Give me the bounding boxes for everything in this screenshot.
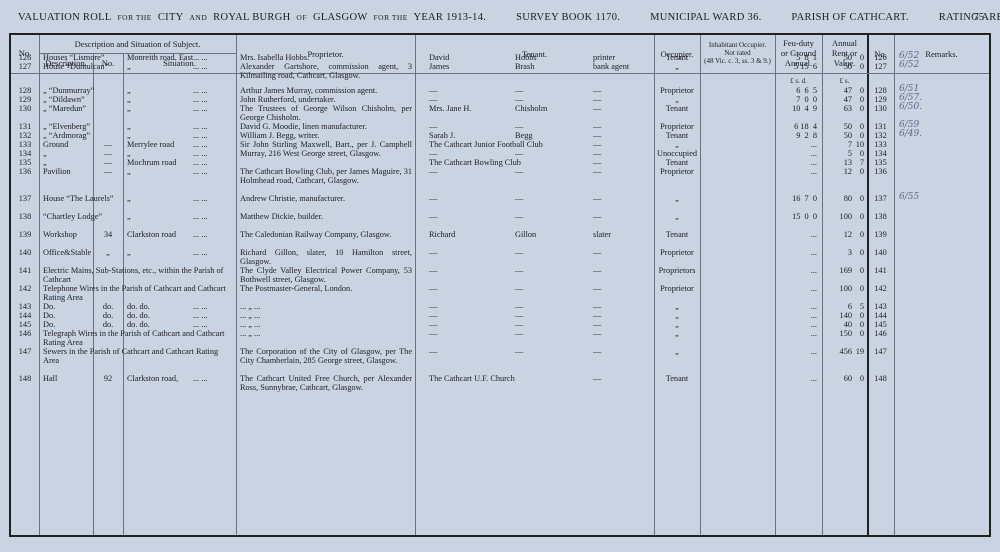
row-occupier: „ (654, 347, 700, 356)
row-tenant-occupation: — (593, 266, 601, 275)
row-number: 143 (11, 302, 39, 311)
row-description: „ “Maredun” (43, 104, 133, 113)
leader-dots: ... ... (193, 62, 208, 71)
header-feu-line: Feu-duty (775, 38, 822, 48)
row-rent-pounds: 47 (822, 86, 852, 95)
row-tenant-last: — (515, 284, 523, 293)
page-header: VALUATION ROLL FOR THE CITY AND ROYAL BU… (18, 12, 988, 23)
row-occupier: Tenant (654, 53, 700, 62)
row-situation: „ (127, 122, 187, 131)
row-rent-shillings: 5 (852, 302, 864, 311)
row-proprietor: John Rutherford, undertaker. (240, 95, 412, 104)
leader-dots: ... ... (193, 131, 208, 140)
column-divider (894, 35, 895, 535)
leader-dots: ... ... (193, 140, 208, 149)
row-occupier: Tenant (654, 230, 700, 239)
row-number-right: 146 (867, 329, 894, 338)
leader-dots: ... ... (193, 311, 208, 320)
row-feu-duty: ... (775, 230, 817, 239)
row-occupier: Tenant (654, 131, 700, 140)
row-number: 142 (11, 284, 39, 293)
row-rent-shillings: 0 (852, 131, 864, 140)
row-tenant-last: — (515, 167, 523, 176)
row-tenant-occupation: — (593, 248, 601, 257)
leader-dots: ... ... (193, 302, 208, 311)
row-tenant-first: — (429, 284, 437, 293)
row-occupier: „ (654, 62, 700, 71)
row-rent-pounds: 150 (822, 329, 852, 338)
row-desc-no: — (93, 158, 123, 167)
row-description: Houses “Lismore” (43, 53, 133, 62)
row-occupier: Proprietor (654, 248, 700, 257)
row-number-right: 143 (867, 302, 894, 311)
row-description: House “Duntulcan” (43, 62, 133, 71)
row-number: 128 (11, 86, 39, 95)
row-rent-pounds: 100 (822, 212, 852, 221)
leader-dots: ... ... (193, 104, 208, 113)
row-tenant-first: — (429, 320, 437, 329)
row-situation: „ (127, 62, 187, 71)
row-feu-duty: ... (775, 329, 817, 338)
row-proprietor: Andrew Christie, manufacturer. (240, 194, 412, 203)
row-rent-pounds: 63 (822, 104, 852, 113)
row-tenant-last: Chisholm (515, 104, 547, 113)
row-proprietor: Arthur James Murray, commission agent. (240, 86, 412, 95)
row-occupier: „ (654, 302, 700, 311)
row-number: 133 (11, 140, 39, 149)
row-situation: „ (127, 248, 187, 257)
row-situation: „ (127, 95, 187, 104)
row-remark-handwritten: 6/55 (899, 193, 919, 202)
row-tenant-occupation: — (593, 311, 601, 320)
row-feu-duty: ... (775, 347, 817, 356)
row-remark-handwritten: 6/49. (899, 130, 922, 139)
row-rent-shillings: 0 (852, 320, 864, 329)
row-rent-pounds: 140 (822, 311, 852, 320)
municipal-ward: MUNICIPAL WARD 36. (650, 12, 761, 23)
row-occupier: Proprietor (654, 86, 700, 95)
row-tenant-last: — (515, 194, 523, 203)
row-remark-handwritten: 6/52 (899, 61, 919, 70)
row-tenant-first: — (429, 86, 437, 95)
row-number-right: 135 (867, 158, 894, 167)
row-feu-duty: 5 8 1 (775, 53, 817, 62)
row-proprietor: The Cathcart United Free Church, per Ale… (240, 374, 412, 392)
row-proprietor: ... „ ... (240, 302, 412, 311)
row-tenant-first: — (429, 122, 437, 131)
header-inhabitant-occupier: Inhabitant Occupier. Not rated (48 Vic. … (700, 41, 775, 65)
row-feu-duty: ... (775, 320, 817, 329)
row-tenant-first: James (429, 62, 449, 71)
row-description: „ “Elvenberg” (43, 122, 133, 131)
leader-dots: ... ... (193, 122, 208, 131)
row-tenant-occupation: bank agent (593, 62, 629, 71)
row-remark-handwritten: 6/50. (899, 103, 922, 112)
row-tenant-occupation: — (593, 131, 601, 140)
column-divider (415, 35, 416, 535)
row-tenant-last: — (515, 347, 523, 356)
row-tenant-first: The Cathcart Bowling Club (429, 158, 521, 167)
row-feu-duty: ... (775, 302, 817, 311)
row-situation: Monreith road, East (127, 53, 187, 62)
row-number-right: 127 (867, 62, 894, 71)
row-feu-duty: ... (775, 374, 817, 383)
row-proprietor: David G. Moodie, linen manufacturer. (240, 122, 412, 131)
row-tenant-last: — (515, 95, 523, 104)
row-rent-pounds: 456 (822, 347, 852, 356)
row-rent-shillings: 19 (852, 347, 864, 356)
leader-dots: ... ... (193, 194, 208, 203)
title-connector: OF (296, 13, 307, 22)
row-rent-shillings: 0 (852, 230, 864, 239)
row-number: 145 (11, 320, 39, 329)
row-situation: „ (127, 149, 187, 158)
row-rent-pounds: 50 (822, 53, 852, 62)
row-rent-pounds: 50 (822, 131, 852, 140)
row-number-right: 133 (867, 140, 894, 149)
leader-dots: ... ... (193, 320, 208, 329)
row-number: 137 (11, 194, 39, 203)
row-proprietor: Sir John Stirling Maxwell, Bart., per J.… (240, 140, 412, 158)
row-tenant-last: — (515, 86, 523, 95)
row-description: „ “Dildawn” (43, 95, 133, 104)
row-tenant-occupation: — (593, 140, 601, 149)
row-tenant-first: — (429, 266, 437, 275)
row-rent-pounds: 47 (822, 95, 852, 104)
row-rent-pounds: 12 (822, 167, 852, 176)
row-proprietor: The Postmaster-General, London. (240, 284, 412, 293)
row-rent-shillings: 0 (852, 167, 864, 176)
row-occupier: „ (654, 329, 700, 338)
row-description: „ “Dunmurray” (43, 86, 133, 95)
row-tenant-first: The Cathcart Junior Football Club (429, 140, 543, 149)
row-feu-duty: 6 6 5 (775, 86, 817, 95)
row-tenant-occupation: — (593, 167, 601, 176)
row-number-right: 129 (867, 95, 894, 104)
row-rent-pounds: 3 (822, 248, 852, 257)
row-description: Sewers in the Parish of Cathcart and Cat… (43, 347, 233, 365)
row-number-right: 138 (867, 212, 894, 221)
row-number: 127 (11, 62, 39, 71)
row-tenant-first: Mrs. Jane H. (429, 104, 471, 113)
row-feu-duty: 5 15 6 (775, 62, 817, 71)
row-number: 140 (11, 248, 39, 257)
row-rent-pounds: 169 (822, 266, 852, 275)
row-feu-duty: 16 7 0 (775, 194, 817, 203)
row-rent-shillings: 10 (852, 140, 864, 149)
title-glasgow: GLASGOW (313, 12, 368, 23)
row-desc-no: 92 (93, 374, 123, 383)
row-occupier: „ (654, 140, 700, 149)
row-feu-duty: ... (775, 248, 817, 257)
row-tenant-occupation: — (593, 320, 601, 329)
row-proprietor: Richard Gillon, slater, 10 Hamilton stre… (240, 248, 412, 266)
leader-dots: ... ... (193, 53, 208, 62)
page-number: 75 (974, 12, 985, 23)
row-tenant-first: The Cathcart U.F. Church (429, 374, 515, 383)
row-occupier: Tenant (654, 104, 700, 113)
row-proprietor: Mrs. Isabella Hobbs. (240, 53, 412, 62)
row-number-right: 144 (867, 311, 894, 320)
rent-units: £ s. (822, 77, 867, 86)
row-number: 129 (11, 95, 39, 104)
row-tenant-occupation: — (593, 86, 601, 95)
row-tenant-last: — (515, 212, 523, 221)
row-desc-no: — (93, 140, 123, 149)
row-occupier: „ (654, 95, 700, 104)
row-number-right: 128 (867, 86, 894, 95)
row-number-right: 141 (867, 266, 894, 275)
row-rent-pounds: 80 (822, 194, 852, 203)
row-number: 147 (11, 347, 39, 356)
row-description: House “The Laurels” (43, 194, 121, 203)
leader-dots: ... ... (193, 167, 208, 176)
row-desc-no: — (93, 167, 123, 176)
row-number-right: 134 (867, 149, 894, 158)
row-feu-duty: 15 0 0 (775, 212, 817, 221)
row-rent-shillings: 7 (852, 158, 864, 167)
rating-area: RATING AREA—CATHCART. (939, 12, 1000, 23)
row-rent-shillings: 0 (852, 311, 864, 320)
row-situation: Merrylee road (127, 140, 187, 149)
row-tenant-last: Brash (515, 62, 534, 71)
title-royal-burgh: ROYAL BURGH (213, 12, 290, 23)
row-proprietor: The Trustees of George Wilson Chisholm, … (240, 104, 412, 122)
row-number: 135 (11, 158, 39, 167)
row-tenant-last: — (515, 320, 523, 329)
row-rent-shillings: 0 (852, 212, 864, 221)
row-tenant-last: — (515, 266, 523, 275)
leader-dots: ... ... (193, 374, 208, 383)
leader-dots: ... ... (193, 149, 208, 158)
row-occupier: Tenant (654, 374, 700, 383)
title-connector: AND (189, 13, 207, 22)
row-tenant-first: Sarah J. (429, 131, 455, 140)
row-tenant-first: — (429, 302, 437, 311)
row-proprietor: The Cathcart Bowling Club, per James Mag… (240, 167, 412, 185)
row-tenant-first: David (429, 53, 449, 62)
row-number-right: 139 (867, 230, 894, 239)
row-number-right: 148 (867, 374, 894, 383)
row-tenant-occupation: — (593, 329, 601, 338)
row-rent-pounds: 50 (822, 62, 852, 71)
row-tenant-last: — (515, 149, 523, 158)
row-rent-pounds: 5 (822, 149, 852, 158)
row-situation: „ (127, 86, 187, 95)
row-rent-shillings: 0 (852, 374, 864, 383)
row-occupier: Proprietor (654, 284, 700, 293)
row-situation: „ (127, 104, 187, 113)
row-feu-duty: 10 4 9 (775, 104, 817, 113)
row-number-right: 140 (867, 248, 894, 257)
row-rent-shillings: 0 (852, 266, 864, 275)
header-description-group: Description and Situation of Subject. (39, 39, 236, 49)
parish: PARISH OF CATHCART. (791, 12, 908, 23)
title-connector: FOR THE (117, 13, 151, 22)
row-tenant-first: — (429, 212, 437, 221)
row-tenant-occupation: slater (593, 230, 611, 239)
leader-dots: ... ... (193, 248, 208, 257)
row-rent-pounds: 7 (822, 140, 852, 149)
leader-dots: ... ... (193, 230, 208, 239)
row-rent-pounds: 50 (822, 122, 852, 131)
row-rent-shillings: 0 (852, 95, 864, 104)
row-number-right: 130 (867, 104, 894, 113)
survey-book: SURVEY BOOK 1170. (516, 12, 620, 23)
row-rent-shillings: 0 (852, 194, 864, 203)
row-situation: Mochrum road (127, 158, 187, 167)
row-tenant-occupation: — (593, 347, 601, 356)
row-occupier: Proprietor (654, 122, 700, 131)
title-valuation-roll: VALUATION ROLL (18, 12, 112, 23)
row-number: 134 (11, 149, 39, 158)
row-proprietor: ... „ ... (240, 329, 412, 338)
row-tenant-last: Hobbs (515, 53, 537, 62)
row-tenant-occupation: — (593, 95, 601, 104)
row-number-right: 131 (867, 122, 894, 131)
row-proprietor: Alexander Gartshore, commission agent, 3… (240, 62, 412, 80)
row-tenant-occupation: printer (593, 53, 615, 62)
row-rent-shillings: 0 (852, 104, 864, 113)
row-situation: „ (127, 212, 187, 221)
row-number: 132 (11, 131, 39, 140)
valuation-table: No. Description and Situation of Subject… (9, 33, 991, 537)
row-feu-duty: ... (775, 284, 817, 293)
row-desc-no: — (93, 149, 123, 158)
row-description: „ “Ardmorag” (43, 131, 133, 140)
row-occupier: Proprietors (654, 266, 700, 275)
header-rent-line: Annual (822, 38, 867, 48)
row-desc-no: do. (93, 320, 123, 329)
row-proprietor: ... „ ... (240, 320, 412, 329)
row-feu-duty: 7 0 0 (775, 95, 817, 104)
row-proprietor: The Corporation of the City of Glasgow, … (240, 347, 412, 365)
row-situation: „ (127, 194, 187, 203)
row-tenant-occupation: — (593, 194, 601, 203)
row-number-right: 147 (867, 347, 894, 356)
row-tenant-last: — (515, 248, 523, 257)
row-tenant-occupation: — (593, 212, 601, 221)
row-tenant-last: — (515, 302, 523, 311)
row-situation: Clarkston road, (127, 374, 187, 383)
row-rent-pounds: 6 (822, 302, 852, 311)
row-tenant-occupation: — (593, 104, 601, 113)
row-number: 139 (11, 230, 39, 239)
row-rent-shillings: 0 (852, 53, 864, 62)
row-feu-duty: ... (775, 140, 817, 149)
row-description: “Chartley Lodge” (43, 212, 121, 221)
row-situation: do. do. (127, 320, 187, 329)
row-description: Telephone Wires in the Parish of Cathcar… (43, 284, 233, 302)
column-divider (236, 35, 237, 535)
row-tenant-first: — (429, 311, 437, 320)
row-rent-shillings: 0 (852, 62, 864, 71)
row-tenant-occupation: — (593, 149, 601, 158)
row-proprietor: ... „ ... (240, 311, 412, 320)
row-number-right: 137 (867, 194, 894, 203)
row-proprietor: Matthew Dickie, builder. (240, 212, 412, 221)
row-number: 144 (11, 311, 39, 320)
row-proprietor: William J. Begg, writer. (240, 131, 412, 140)
row-tenant-first: — (429, 167, 437, 176)
row-tenant-first: — (429, 95, 437, 104)
row-tenant-first: — (429, 329, 437, 338)
row-situation: Clarkston road (127, 230, 187, 239)
row-rent-shillings: 0 (852, 248, 864, 257)
row-rent-pounds: 60 (822, 374, 852, 383)
row-situation: do. do. (127, 302, 187, 311)
row-number-right: 145 (867, 320, 894, 329)
row-rent-pounds: 40 (822, 320, 852, 329)
row-number-right: 142 (867, 284, 894, 293)
title-year: YEAR 1913-14. (413, 12, 486, 23)
row-tenant-occupation: — (593, 122, 601, 131)
row-feu-duty: ... (775, 266, 817, 275)
row-feu-duty: 6 18 4 (775, 122, 817, 131)
row-proprietor: The Clyde Valley Electrical Power Compan… (240, 266, 412, 284)
row-description: Electric Mains, Sub-Stations, etc., with… (43, 266, 233, 284)
row-rent-pounds: 12 (822, 230, 852, 239)
row-number: 148 (11, 374, 39, 383)
row-tenant-first: Richard (429, 230, 455, 239)
row-occupier: Unoccupied (654, 149, 700, 158)
column-divider (39, 35, 40, 535)
row-number: 126 (11, 53, 39, 62)
row-rent-pounds: 100 (822, 284, 852, 293)
row-occupier: „ (654, 311, 700, 320)
row-number: 141 (11, 266, 39, 275)
row-desc-no: do. (93, 311, 123, 320)
row-tenant-last: Begg (515, 131, 533, 140)
feu-units: £ s. d. (775, 77, 822, 86)
row-number: 146 (11, 329, 39, 338)
row-tenant-last: — (515, 329, 523, 338)
row-occupier: „ (654, 212, 700, 221)
row-situation: „ (127, 131, 187, 140)
header-bottom-rule (11, 73, 989, 74)
header-inhabitant-line: Inhabitant Occupier. (700, 41, 775, 49)
row-tenant-first: — (429, 194, 437, 203)
title-connector: FOR THE (373, 13, 407, 22)
row-tenant-occupation: — (593, 158, 601, 167)
row-rent-shillings: 0 (852, 122, 864, 131)
row-description: Telegraph Wires in the Parish of Cathcar… (43, 329, 233, 347)
row-occupier: Tenant (654, 158, 700, 167)
title-city: CITY (158, 12, 184, 23)
row-rent-shillings: 0 (852, 149, 864, 158)
row-tenant-first: — (429, 248, 437, 257)
row-number: 138 (11, 212, 39, 221)
row-occupier: „ (654, 320, 700, 329)
row-number-right: 132 (867, 131, 894, 140)
row-situation: „ (127, 167, 187, 176)
row-tenant-first: — (429, 347, 437, 356)
row-number: 136 (11, 167, 39, 176)
row-number: 131 (11, 122, 39, 131)
row-tenant-occupation: — (593, 284, 601, 293)
row-desc-no: 34 (93, 230, 123, 239)
row-occupier: „ (654, 194, 700, 203)
column-divider (700, 35, 701, 535)
row-number-right: 136 (867, 167, 894, 176)
row-rent-shillings: 0 (852, 284, 864, 293)
row-rent-pounds: 13 (822, 158, 852, 167)
row-tenant-last: — (515, 311, 523, 320)
leader-dots: ... ... (193, 86, 208, 95)
header-inhabitant-line: (48 Vic. c. 3, ss. 3 & 9.) (700, 57, 775, 65)
row-number: 130 (11, 104, 39, 113)
header-inhabitant-line: Not rated (700, 49, 775, 57)
